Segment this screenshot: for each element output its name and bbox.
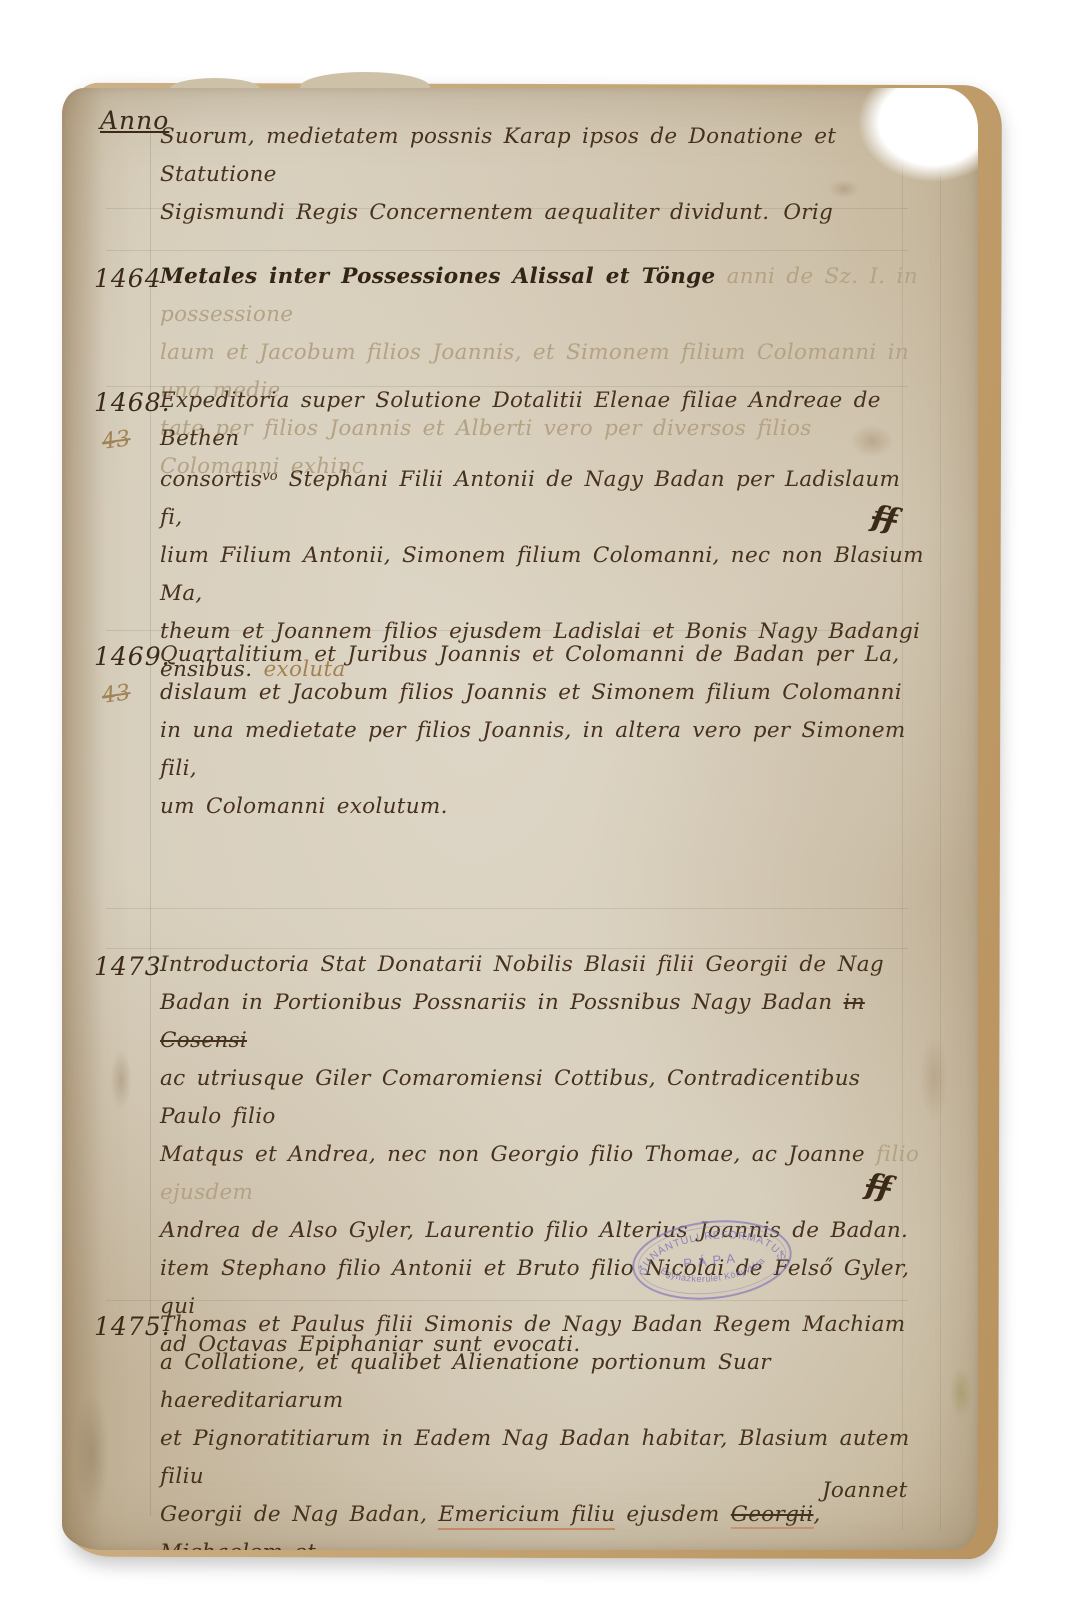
entry-year: 1473 [94,948,160,986]
library-stamp: DUNÁNTÚLI REFORMÁTUS Egyházkerület Könyv… [624,1209,800,1310]
entry-year: 1464 [94,260,160,298]
entry-year: 1475. [94,1308,160,1346]
entry-line: um Colomanni exolutum. [160,788,930,826]
struck-marginal-note: 43 [99,674,133,716]
rule-line [106,908,908,909]
intro-paragraph: Suorum, medietatem possnis Karap ipsos d… [160,118,930,232]
entry-line: Georgii de Nag Badan, Emericium filiu ej… [160,1496,930,1550]
entry-line: Quartalitium et Juribus Joannis et Colom… [160,636,930,674]
superscript-abbrev: vo [262,469,277,484]
catchword: Joannet [822,1472,908,1510]
entry-line: ac utriusque Giler Comaromiensi Cottibus… [160,1060,930,1136]
stain [106,1038,136,1122]
entry-line: et Pignoratitiarum in Eadem Nag Badan ha… [160,1420,930,1496]
entry-1469: 1469. 43 Quartalitium et Juribus Joannis… [160,636,930,826]
entry-year: 1468. [94,384,160,422]
entry-line: Expeditoria super Solutione Dotalitii El… [160,382,930,458]
intro-line: Sigismundi Regis Concernentem aequaliter… [160,194,930,232]
entry-line: lium Filium Antonii, Simonem filium Colo… [160,537,930,613]
orig-mark: Orig [783,200,833,225]
stamp-oval: DUNÁNTÚLI REFORMÁTUS Egyházkerület Könyv… [624,1209,800,1310]
torn-corner [858,88,978,182]
intro-line: Suorum, medietatem possnis Karap ipsos d… [160,118,930,194]
entry-line: Andrea de Also Gyler, Laurentio filio Al… [160,1212,930,1250]
stain [946,1358,976,1428]
entry-line: Matqus et Andrea, nec non Georgio filio … [160,1136,930,1212]
entry-year: 1469. [94,638,160,676]
entry-line: dislaum et Jacobum filios Joannis et Sim… [160,674,930,712]
rule-line [106,250,908,251]
manuscript-page: 5 Anno Suorum, medietatem possnis Karap … [62,88,978,1550]
entry-line: Introductoria Stat Donatarii Nobilis Bla… [160,946,930,984]
entry-line: in una medietate per filios Joannis, in … [160,712,930,788]
struck-marginal-note: 43 [99,420,133,462]
entry-line: Thomas et Paulus filii Simonis de Nagy B… [160,1306,930,1344]
stamp-arc-top: DUNÁNTÚLI REFORMÁTUS [634,1222,788,1277]
entry-line: Badan in Portionibus Possnariis in Possn… [160,984,930,1060]
right-rule-line [940,106,941,1530]
manuscript-scan: 5 Anno Suorum, medietatem possnis Karap … [0,0,1068,1600]
entry-line: Metales inter Possessiones Alissal et Tö… [160,258,930,334]
entry-1475: 1475. Thomas et Paulus filii Simonis de … [160,1306,930,1550]
entry-line: a Collatione, et qualibet Alienatione po… [160,1344,930,1420]
entry-1473: 1473 Introductoria Stat Donatarii Nobili… [160,946,930,1364]
red-underlined-text: Emericium filiu [438,1502,615,1530]
margin-header-anno: Anno [100,106,169,135]
svg-text:DUNÁNTÚLI REFORMÁTUS: DUNÁNTÚLI REFORMÁTUS [634,1222,788,1277]
stain [68,1368,116,1538]
entry-line: consortisvo Stephani Filii Antonii de Na… [160,458,930,537]
stamp-center-text: PÁPA [683,1250,742,1271]
struck-text: Georgii [731,1502,814,1529]
